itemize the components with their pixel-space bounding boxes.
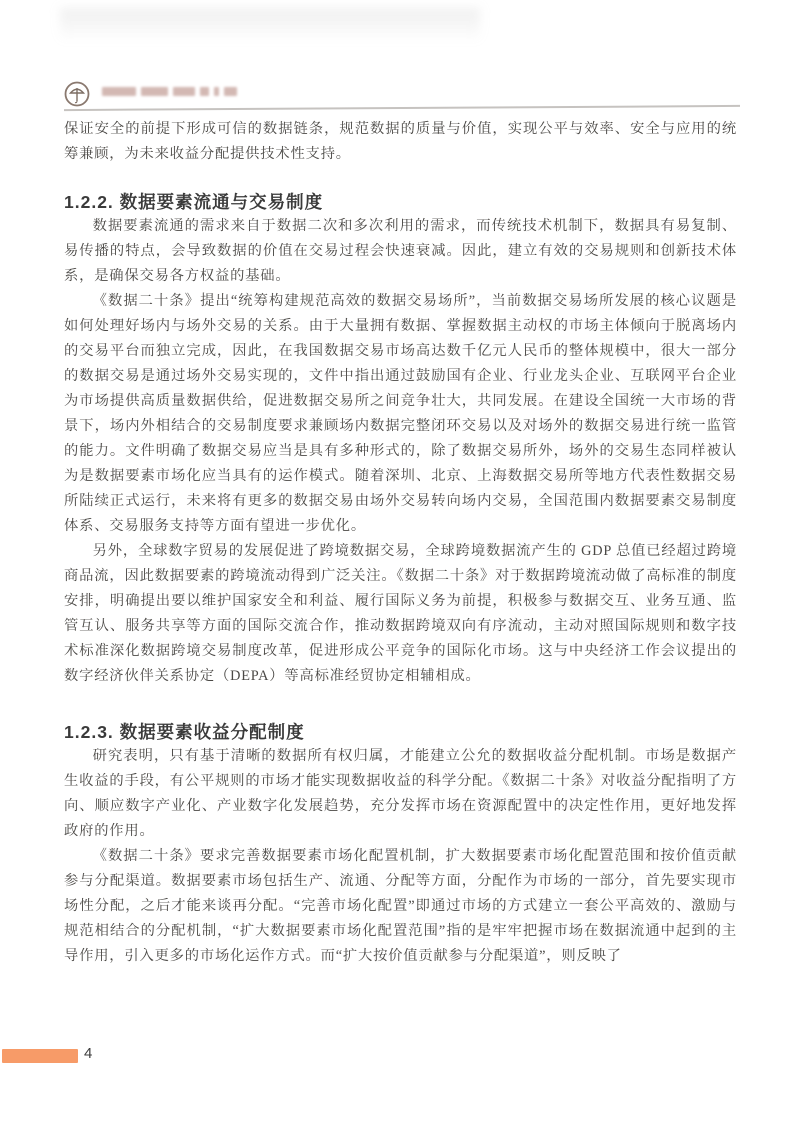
header-blurred-title-text — [102, 87, 237, 96]
section-122-paragraph: 数据要素流通的需求来自于数据二次和多次利用的需求，而传统技术机制下，数据具有易复… — [64, 214, 737, 289]
section-123-paragraph: 《数据二十条》要求完善数据要素市场化配置机制，扩大数据要素市场化配置范围和按价值… — [64, 844, 737, 969]
section-heading-123: 1.2.3. 数据要素收益分配制度 — [64, 720, 737, 744]
section-122-paragraph: 《数据二十条》提出“统筹构建规范高效的数据交易场所”，当前数据交易场所发展的核心… — [64, 289, 737, 539]
section-122-paragraph: 另外，全球数字贸易的发展促进了跨境数据交易，全球跨境数据流产生的 GDP 总值已… — [64, 539, 737, 689]
section-123-paragraph: 研究表明，只有基于清晰的数据所有权归属，才能建立公允的数据收益分配机制。市场是数… — [64, 744, 737, 844]
page-number: 4 — [84, 1045, 92, 1062]
document-body: 保证安全的前提下形成可信的数据链条，规范数据的质量与价值，实现公平与效率、安全与… — [64, 117, 737, 969]
footer-accent-bar — [2, 1049, 78, 1063]
scanned-document-page: 保证安全的前提下形成可信的数据链条，规范数据的质量与价值，实现公平与效率、安全与… — [0, 0, 794, 1123]
scan-artifact — [60, 8, 480, 42]
intro-paragraph: 保证安全的前提下形成可信的数据链条，规范数据的质量与价值，实现公平与效率、安全与… — [64, 117, 737, 167]
header-divider — [64, 105, 740, 111]
section-heading-122: 1.2.2. 数据要素流通与交易制度 — [64, 190, 737, 214]
umbrella-circle-logo-icon — [64, 81, 90, 107]
